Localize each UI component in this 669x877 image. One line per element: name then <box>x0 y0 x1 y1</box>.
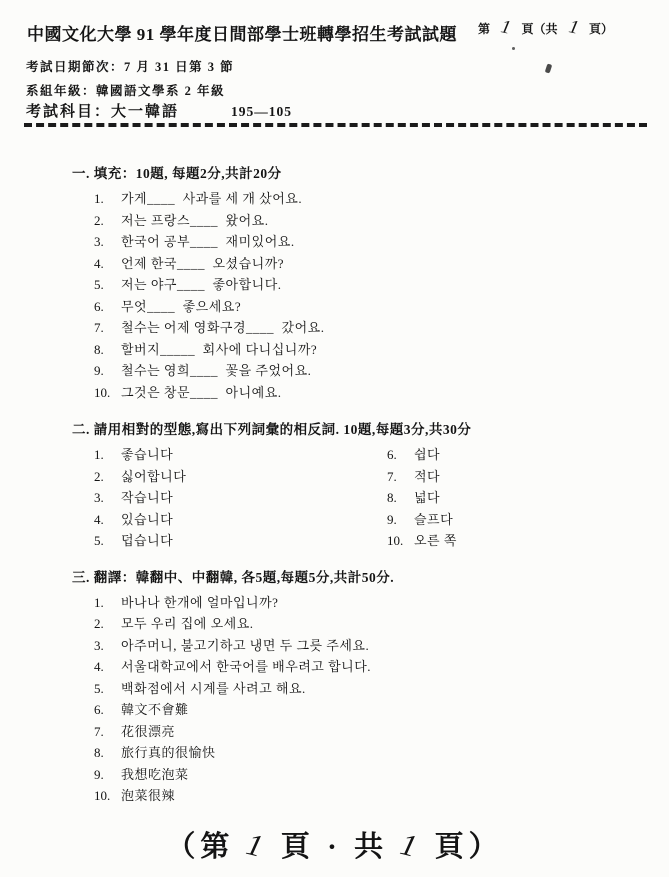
section3-items: 1.바나나 한개에 얼마입니까? 2.모두 우리 집에 오세요. 3.아주머니,… <box>72 592 638 807</box>
section1-items: 1.가게____ 사과를 세 개 샀어요. 2.저는 프랑스____ 왔어요. … <box>72 188 638 403</box>
item-number: 5. <box>94 678 121 700</box>
department-line: 系組年級：韓國語文學系 2 年級 <box>26 81 225 99</box>
item-number: 7. <box>387 466 414 488</box>
item-text: 모두 우리 집에 오세요. <box>121 613 254 635</box>
list-item: 3.작습니다 <box>94 487 387 509</box>
item-text: 서울대학교에서 한국어를 배우려고 합니다. <box>121 656 371 678</box>
handwritten-total-pages: 1 <box>398 828 425 863</box>
exam-subject: 考試科目：大一韓語 <box>26 100 179 121</box>
page-title: 中國文化大學 91 學年度日間部學士班轉學招生考試試題 <box>27 20 457 45</box>
item-text: 바나나 한개에 얼마입니까? <box>121 592 278 614</box>
list-item: 4.있습니다 <box>94 509 387 531</box>
item-number: 8. <box>94 742 121 764</box>
item-number: 10. <box>94 785 121 807</box>
section-translation: 三. 翻譯：韓翻中、中翻韓, 各5題,每題5分,共計50分. 1.바나나 한개에… <box>72 567 638 807</box>
item-text: 싫어합니다 <box>121 466 186 488</box>
item-text: 我想吃泡菜 <box>121 764 189 786</box>
scan-artifact <box>545 63 553 73</box>
list-item: 5.백화점에서 시계를 사려고 해요. <box>94 678 638 700</box>
section-heading: 二. 請用相對的型態,寫出下列詞彙的相反詞. 10題,每題3分,共30分 <box>72 419 638 441</box>
list-item: 10.오른 쪽 <box>387 530 457 552</box>
footer-suffix: 頁） <box>435 831 503 863</box>
item-text: 철수는 어제 영화구경____ 갔어요. <box>121 317 324 339</box>
section-antonyms: 二. 請用相對的型態,寫出下列詞彙的相反詞. 10題,每題3分,共30分 1.좋… <box>72 419 638 552</box>
item-number: 7. <box>94 721 121 743</box>
section-heading: 一. 填充：10題, 每題2分,共計20分 <box>72 163 638 185</box>
item-text: 좋습니다 <box>121 444 173 466</box>
list-item: 7.적다 <box>387 466 457 488</box>
item-number: 10. <box>387 530 414 552</box>
item-text: 韓文不會難 <box>121 699 189 721</box>
item-text: 쉽다 <box>414 444 440 466</box>
list-item: 5.덥습니다 <box>94 530 387 552</box>
item-number: 5. <box>94 274 121 296</box>
item-text: 그것은 창문____ 아니예요. <box>121 382 282 404</box>
list-item: 9.我想吃泡菜 <box>94 764 638 786</box>
antonyms-right-column: 6.쉽다 7.적다 8.넓다 9.슬프다 10.오른 쪽 <box>387 444 457 552</box>
item-number: 5. <box>94 530 121 552</box>
list-item: 3.한국어 공부____ 재미있어요. <box>94 231 638 253</box>
list-item: 10.그것은 창문____ 아니예요. <box>94 382 638 404</box>
item-text: 花很漂亮 <box>121 721 175 743</box>
antonyms-left-column: 1.좋습니다 2.싫어합니다 3.작습니다 4.있습니다 5.덥습니다 <box>72 444 387 552</box>
subject-row: 考試科目：大一韓語 195—105 <box>26 100 292 121</box>
item-text: 泡菜很辣 <box>121 785 175 807</box>
item-text: 旅行真的很愉快 <box>121 742 216 764</box>
item-number: 2. <box>94 613 121 635</box>
page-indicator-middle: 頁（共 <box>522 22 558 36</box>
section-heading: 三. 翻譯：韓翻中、中翻韓, 各5題,每題5分,共計50分. <box>72 567 638 589</box>
item-number: 2. <box>94 210 121 232</box>
list-item: 8.할버지_____ 회사에 다니십니까? <box>94 339 638 361</box>
item-text: 넓다 <box>414 487 440 509</box>
item-text: 덥습니다 <box>121 530 173 552</box>
list-item: 1.가게____ 사과를 세 개 샀어요. <box>94 188 638 210</box>
item-text: 백화점에서 시계를 사려고 해요. <box>121 678 306 700</box>
item-number: 4. <box>94 656 121 678</box>
item-number: 3. <box>94 231 121 253</box>
item-number: 9. <box>387 509 414 531</box>
item-number: 8. <box>387 487 414 509</box>
list-item: 2.저는 프랑스____ 왔어요. <box>94 210 638 232</box>
page-indicator: 第1頁（共1頁） <box>478 18 613 37</box>
item-number: 7. <box>94 317 121 339</box>
list-item: 8.넓다 <box>387 487 457 509</box>
footer-page-indicator: （第1頁 · 共1頁） <box>0 824 669 865</box>
item-text: 저는 야구____ 좋아합니다. <box>121 274 282 296</box>
item-number: 4. <box>94 253 121 275</box>
item-text: 아주머니, 불고기하고 냉면 두 그릇 주세요. <box>121 635 369 657</box>
list-item: 10.泡菜很辣 <box>94 785 638 807</box>
list-item: 6.韓文不會難 <box>94 699 638 721</box>
item-number: 10. <box>94 382 121 404</box>
dashed-divider <box>24 123 647 127</box>
item-text: 한국어 공부____ 재미있어요. <box>121 231 295 253</box>
scan-artifact <box>512 47 515 50</box>
item-number: 9. <box>94 360 121 382</box>
list-item: 9.철수는 영희____ 꽃을 주었어요. <box>94 360 638 382</box>
item-text: 언제 한국____ 오셨습니까? <box>121 253 284 275</box>
footer-prefix: （第 <box>166 831 234 863</box>
list-item: 8.旅行真的很愉快 <box>94 742 638 764</box>
list-item: 6.무엇____ 좋으세요? <box>94 296 638 318</box>
list-item: 4.언제 한국____ 오셨습니까? <box>94 253 638 275</box>
item-number: 8. <box>94 339 121 361</box>
handwritten-total-pages: 1 <box>567 17 580 38</box>
item-text: 적다 <box>414 466 440 488</box>
two-column-list: 1.좋습니다 2.싫어합니다 3.작습니다 4.있습니다 5.덥습니다 6.쉽다… <box>72 444 638 552</box>
footer-middle: 頁 · 共 <box>281 831 388 863</box>
exam-code: 195—105 <box>231 104 292 120</box>
item-number: 3. <box>94 487 121 509</box>
list-item: 6.쉽다 <box>387 444 457 466</box>
page-indicator-prefix: 第 <box>478 22 490 36</box>
page-indicator-suffix: 頁） <box>589 22 613 36</box>
section-fill-in-blanks: 一. 填充：10題, 每題2分,共計20分 1.가게____ 사과를 세 개 샀… <box>72 163 638 403</box>
item-text: 저는 프랑스____ 왔어요. <box>121 210 268 232</box>
item-number: 1. <box>94 444 121 466</box>
item-number: 6. <box>387 444 414 466</box>
list-item: 2.싫어합니다 <box>94 466 387 488</box>
item-text: 있습니다 <box>121 509 173 531</box>
item-text: 작습니다 <box>121 487 173 509</box>
item-number: 2. <box>94 466 121 488</box>
list-item: 7.花很漂亮 <box>94 721 638 743</box>
list-item: 3.아주머니, 불고기하고 냉면 두 그릇 주세요. <box>94 635 638 657</box>
item-number: 1. <box>94 188 121 210</box>
list-item: 7.철수는 어제 영화구경____ 갔어요. <box>94 317 638 339</box>
list-item: 4.서울대학교에서 한국어를 배우려고 합니다. <box>94 656 638 678</box>
exam-body: 一. 填充：10題, 每題2分,共計20分 1.가게____ 사과를 세 개 샀… <box>72 163 638 807</box>
list-item: 9.슬프다 <box>387 509 457 531</box>
exam-paper-page: 中國文化大學 91 學年度日間部學士班轉學招生考試試題 第1頁（共1頁） 考試日… <box>0 0 669 877</box>
item-text: 가게____ 사과를 세 개 샀어요. <box>121 188 302 210</box>
list-item: 5.저는 야구____ 좋아합니다. <box>94 274 638 296</box>
item-number: 6. <box>94 296 121 318</box>
list-item: 1.바나나 한개에 얼마입니까? <box>94 592 638 614</box>
handwritten-page-number: 1 <box>244 828 271 863</box>
item-number: 4. <box>94 509 121 531</box>
item-text: 오른 쪽 <box>414 530 457 552</box>
item-text: 할버지_____ 회사에 다니십니까? <box>121 339 317 361</box>
item-text: 무엇____ 좋으세요? <box>121 296 241 318</box>
handwritten-page-number: 1 <box>499 17 512 38</box>
item-text: 철수는 영희____ 꽃을 주었어요. <box>121 360 311 382</box>
item-number: 1. <box>94 592 121 614</box>
list-item: 1.좋습니다 <box>94 444 387 466</box>
item-number: 9. <box>94 764 121 786</box>
item-number: 3. <box>94 635 121 657</box>
exam-date-line: 考試日期節次：7 月 31 日第 3 節 <box>26 57 234 75</box>
item-number: 6. <box>94 699 121 721</box>
item-text: 슬프다 <box>414 509 453 531</box>
list-item: 2.모두 우리 집에 오세요. <box>94 613 638 635</box>
